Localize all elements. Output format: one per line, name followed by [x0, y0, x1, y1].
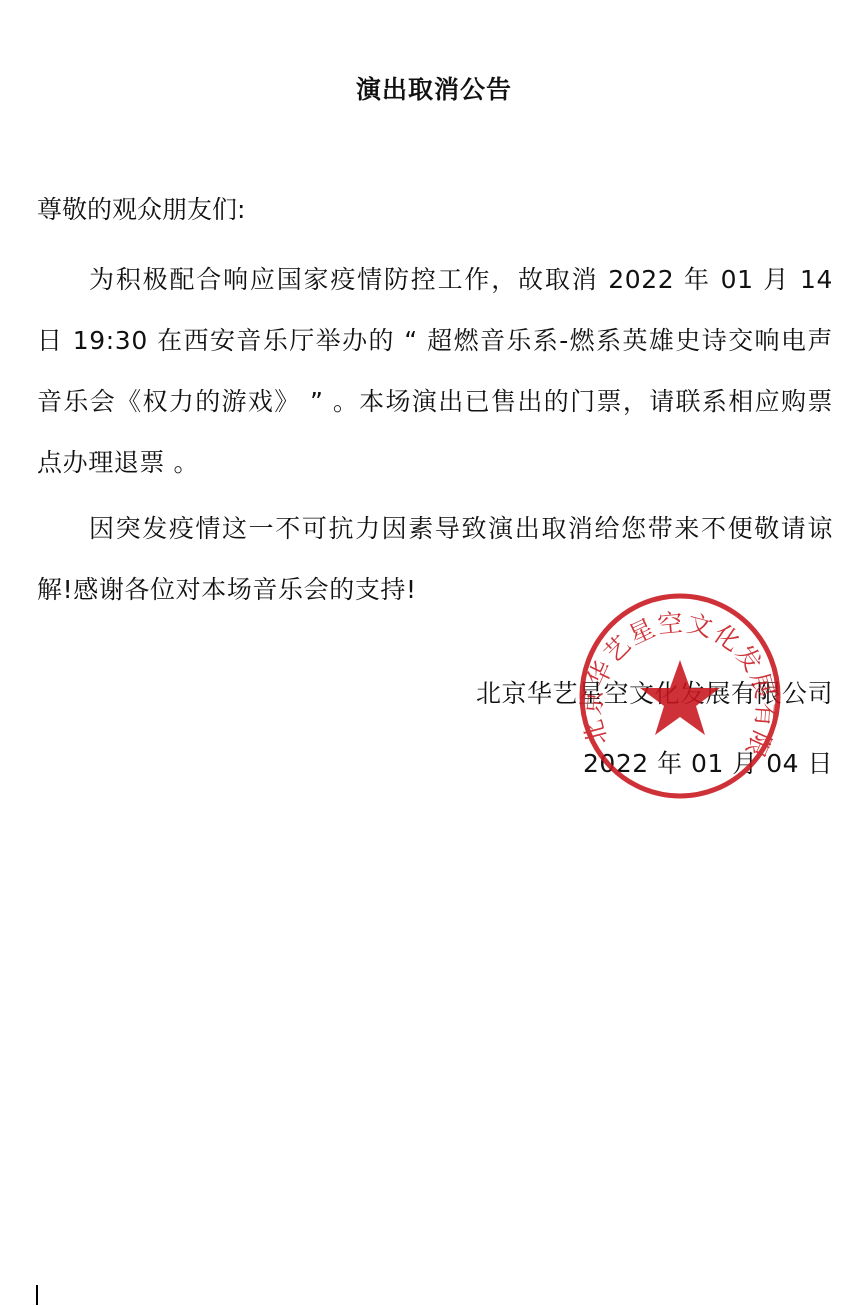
page-title: 演出取消公告	[0, 70, 868, 106]
salutation: 尊敬的观众朋友们:	[37, 190, 245, 226]
company-seal: 北京华艺星空文化发展有限公司	[578, 592, 782, 800]
text-cursor	[36, 1285, 38, 1305]
star-icon	[640, 660, 720, 735]
paragraph-cancellation: 为积极配合响应国家疫情防控工作，故取消 2022 年 01 月 14 日 19:…	[37, 249, 833, 493]
